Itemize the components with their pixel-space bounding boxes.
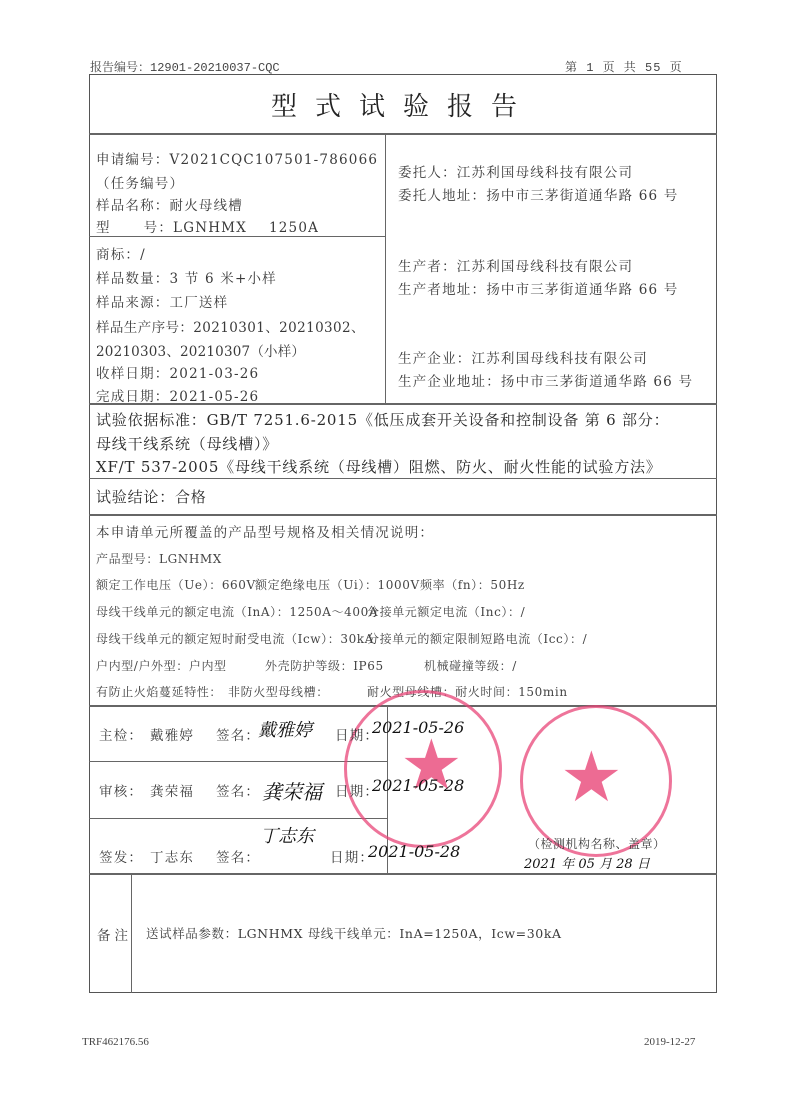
standard-line-1: 试验依据标准：GB/T 7251.6-2015《低压成套开关设备和控制设备 第 …	[96, 409, 669, 430]
divider	[89, 478, 717, 479]
form-date: 2019-12-27	[644, 1036, 695, 1048]
divider	[89, 818, 387, 819]
product-model: 产品型号：LGNHMX	[96, 550, 222, 567]
finish-date: 完成日期：2021-05-26	[96, 385, 259, 405]
frequency: 频率（fn）：50Hz	[420, 576, 525, 593]
test-conclusion: 试验结论：合格	[96, 486, 207, 507]
issuer-date: 2021-05-28	[368, 842, 460, 861]
ip-rating: 外壳防护等级：IP65	[265, 657, 384, 674]
divider	[385, 133, 386, 403]
task-number: （任务编号）	[96, 172, 184, 192]
tap-current: 分接单元额定电流（Inc）：/	[367, 603, 525, 620]
insulation-voltage: 额定绝缘电压（Ui）：1000V	[255, 576, 420, 593]
inspector-role: 主检：	[99, 724, 143, 744]
reviewer-role: 审核：	[99, 780, 143, 800]
inspector-date: 2021-05-26	[372, 718, 464, 737]
manufacturer-address: 生产企业地址：扬中市三茅街道通华路 66 号	[398, 370, 693, 390]
serial-number: 样品生产序号：20210301、20210302、	[96, 316, 365, 336]
flame-spread: 有防止火焰蔓延特性：	[96, 683, 222, 700]
short-time-current: 母线干线单元的额定短时耐受电流（Icw）：30kA	[96, 630, 374, 647]
inspector-signature: 戴雅婷	[258, 716, 312, 742]
issuer-role: 签发：	[99, 846, 143, 866]
institution-label: （检测机构名称、盖章）	[528, 835, 666, 852]
client: 委托人：江苏利国母线科技有限公司	[398, 161, 633, 181]
divider	[89, 133, 717, 135]
page-title: 型式试验报告	[89, 86, 717, 123]
reviewer-signature: 龚荣福	[262, 776, 322, 805]
producer: 生产者：江苏利国母线科技有限公司	[398, 255, 633, 275]
divider	[89, 873, 717, 875]
issuer-name: 丁志东	[150, 846, 194, 866]
divider	[89, 761, 387, 762]
inspector-name: 戴雅婷	[150, 724, 194, 744]
sample-name: 样品名称：耐火母线槽	[96, 194, 243, 214]
issuer-sign-label: 签名：	[216, 846, 260, 866]
client-address: 委托人地址：扬中市三茅街道通华路 66 号	[398, 184, 678, 204]
reviewer-sign-label: 签名：	[216, 780, 260, 800]
rated-current: 母线干线单元的额定电流（InA）：1250A～400A	[96, 603, 378, 620]
reviewer-name: 龚荣福	[150, 780, 194, 800]
coverage-heading: 本申请单元所覆盖的产品型号规格及相关情况说明：	[96, 521, 434, 541]
remarks-label: 备注	[97, 924, 132, 944]
reviewer-date: 2021-05-28	[372, 776, 464, 795]
standard-line-2: 母线干线系统（母线槽）》	[96, 433, 278, 454]
remarks-text: 送试样品参数：LGNHMX 母线干线单元：InA=1250A，Icw=30kA	[146, 924, 562, 942]
model: 型 号：LGNHMX 1250A	[96, 216, 319, 236]
star-icon: ★	[560, 742, 623, 812]
producer-address: 生产者地址：扬中市三茅街道通华路 66 号	[398, 278, 678, 298]
rated-voltage: 额定工作电压（Ue）：660V	[96, 576, 256, 593]
report-number: 报告编号：12901-20210037-CQC	[90, 58, 280, 75]
receive-date: 收样日期：2021-03-26	[96, 362, 259, 382]
manufacturer: 生产企业：江苏利国母线科技有限公司	[398, 347, 648, 367]
stamp-date: 2021 年 05 月 28 日	[524, 853, 650, 872]
application-number: 申请编号：V2021CQC107501-786066	[96, 148, 378, 168]
sample-source: 样品来源：工厂送样	[96, 291, 228, 311]
indoor-outdoor: 户内型/户外型：户内型	[96, 657, 227, 674]
form-number: TRF462176.56	[82, 1036, 149, 1048]
sample-quantity: 样品数量：3 节 6 米+小样	[96, 267, 277, 287]
non-fire-type: 非防火型母线槽：	[228, 683, 329, 700]
standard-line-3: XF/T 537-2005《母线干线系统（母线槽）阻燃、防火、耐火性能的试验方法…	[96, 456, 662, 477]
page-info: 第 1 页 共 55 页	[565, 58, 683, 75]
serial-number-cont: 20210303、20210307（小样）	[96, 340, 305, 360]
divider	[89, 514, 717, 516]
trademark: 商标：/	[96, 243, 146, 263]
impact-rating: 机械碰撞等级：/	[424, 657, 517, 674]
divider	[89, 236, 385, 237]
tap-limit-current: 分接单元的额定限制短路电流（Icc）：/	[367, 630, 587, 647]
inspector-sign-label: 签名：	[216, 724, 260, 744]
issuer-signature: 丁志东	[260, 822, 314, 848]
